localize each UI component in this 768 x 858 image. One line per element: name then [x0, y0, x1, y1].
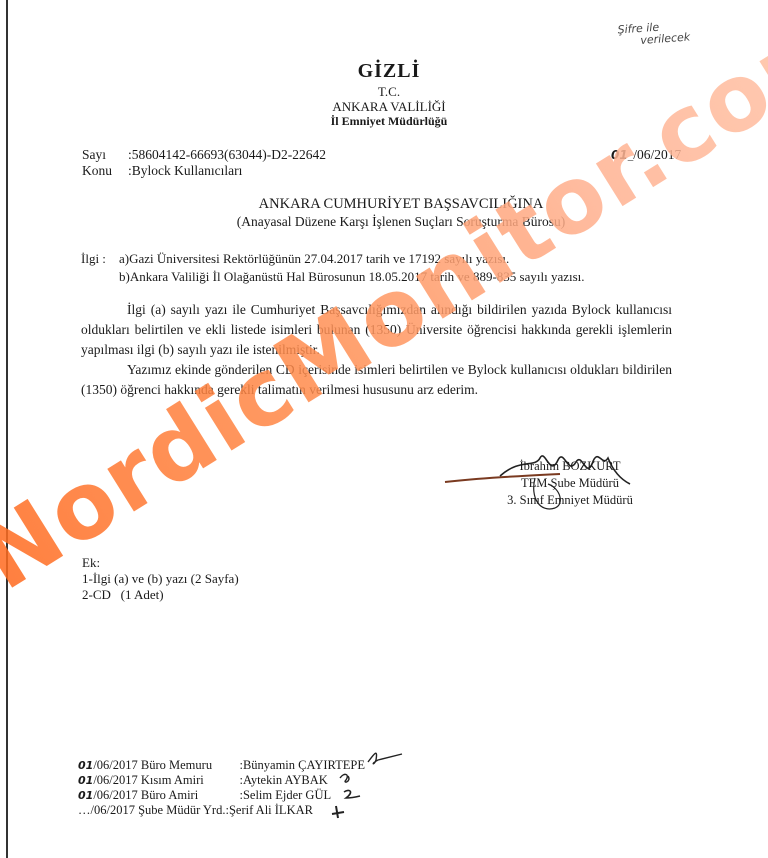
- routing-row: …/06/2017 Şube Müdür Yrd. :Şerif Ali İLK…: [78, 803, 365, 818]
- routing-day: …: [78, 803, 91, 817]
- classification-label: GİZLİ: [0, 60, 768, 83]
- konu-value: :Bylock Kullanıcıları: [128, 163, 242, 178]
- konu-label: Konu: [82, 163, 128, 179]
- date-handwritten-day: 01: [611, 148, 628, 162]
- sayi-label: Sayı: [82, 147, 128, 163]
- header-tc: T.C.: [0, 84, 768, 100]
- routing-date: /06/2017: [93, 788, 137, 802]
- ilgi-item-a: a)Gazi Üniversitesi Rektörlüğünün 27.04.…: [119, 250, 509, 268]
- letter-body: İlgi (a) sayılı yazı ile Cumhuriyet Başs…: [81, 300, 672, 400]
- sayi-value: :58604142-66693(63044)-D2-22642: [128, 147, 326, 162]
- signatory-name: İbrahim BOZKURT: [470, 458, 670, 475]
- ilgi-item-b: b)Ankara Valiliği İl Olağanüstü Hal Büro…: [119, 268, 585, 286]
- routing-role: Büro Amiri: [141, 788, 198, 802]
- handwritten-note: Şifre ile verilecek: [617, 20, 690, 49]
- attachments-block: Ek: 1-İlgi (a) ve (b) yazı (2 Sayfa) 2-C…: [82, 555, 239, 603]
- document-page: GİZLİ T.C. ANKARA VALİLİĞİ İl Emniyet Mü…: [0, 0, 768, 858]
- attachment-item: 1-İlgi (a) ve (b) yazı (2 Sayfa): [82, 571, 239, 587]
- date-printed: /06/2017: [633, 147, 681, 162]
- routing-role: Büro Memuru: [141, 758, 212, 772]
- ilgi-label: İlgi :: [81, 250, 106, 268]
- addressee-line2: (Anayasal Düzene Karşı İşlenen Suçları S…: [0, 214, 768, 230]
- signatory-title: TEM Şube Müdürü: [470, 475, 670, 492]
- body-paragraph: Yazımız ekinde gönderilen CD içerisinde …: [81, 360, 672, 400]
- routing-role: Şube Müdür Yrd.: [138, 803, 225, 817]
- document-date: 01_/06/2017: [611, 147, 681, 163]
- routing-date: /06/2017: [91, 803, 135, 817]
- routing-role: Kısım Amiri: [141, 773, 204, 787]
- routing-date: /06/2017: [93, 758, 137, 772]
- konu-row: Konu:Bylock Kullanıcıları: [82, 163, 242, 179]
- signatory-block: İbrahim BOZKURT TEM Şube Müdürü 3. Sınıf…: [470, 458, 670, 509]
- attachment-item: 2-CD (1 Adet): [82, 587, 239, 603]
- signatory-rank: 3. Sınıf Emniyet Müdürü: [470, 492, 670, 509]
- routing-day: 01: [78, 759, 93, 772]
- routing-table: 01/06/2017 Büro Memuru :Bünyamin ÇAYIRTE…: [78, 758, 365, 818]
- attachments-label: Ek:: [82, 555, 239, 571]
- routing-day: 01: [78, 789, 93, 802]
- addressee-line1: ANKARA CUMHURİYET BAŞSAVCILIĞINA: [0, 196, 768, 213]
- header-governorship: ANKARA VALİLİĞİ: [0, 99, 768, 115]
- initials-scribbles-icon: [330, 748, 410, 820]
- routing-row: 01/06/2017 Büro Memuru :Bünyamin ÇAYIRTE…: [78, 758, 365, 773]
- header-police-directorate: İl Emniyet Müdürlüğü: [0, 114, 768, 129]
- routing-day: 01: [78, 774, 93, 787]
- routing-row: 01/06/2017 Kısım Amiri :Aytekin AYBAK: [78, 773, 365, 788]
- body-paragraph: İlgi (a) sayılı yazı ile Cumhuriyet Başs…: [81, 300, 672, 360]
- routing-date: /06/2017: [93, 773, 137, 787]
- routing-row: 01/06/2017 Büro Amiri :Selim Ejder GÜL: [78, 788, 365, 803]
- sayi-row: Sayı:58604142-66693(63044)-D2-22642: [82, 147, 326, 163]
